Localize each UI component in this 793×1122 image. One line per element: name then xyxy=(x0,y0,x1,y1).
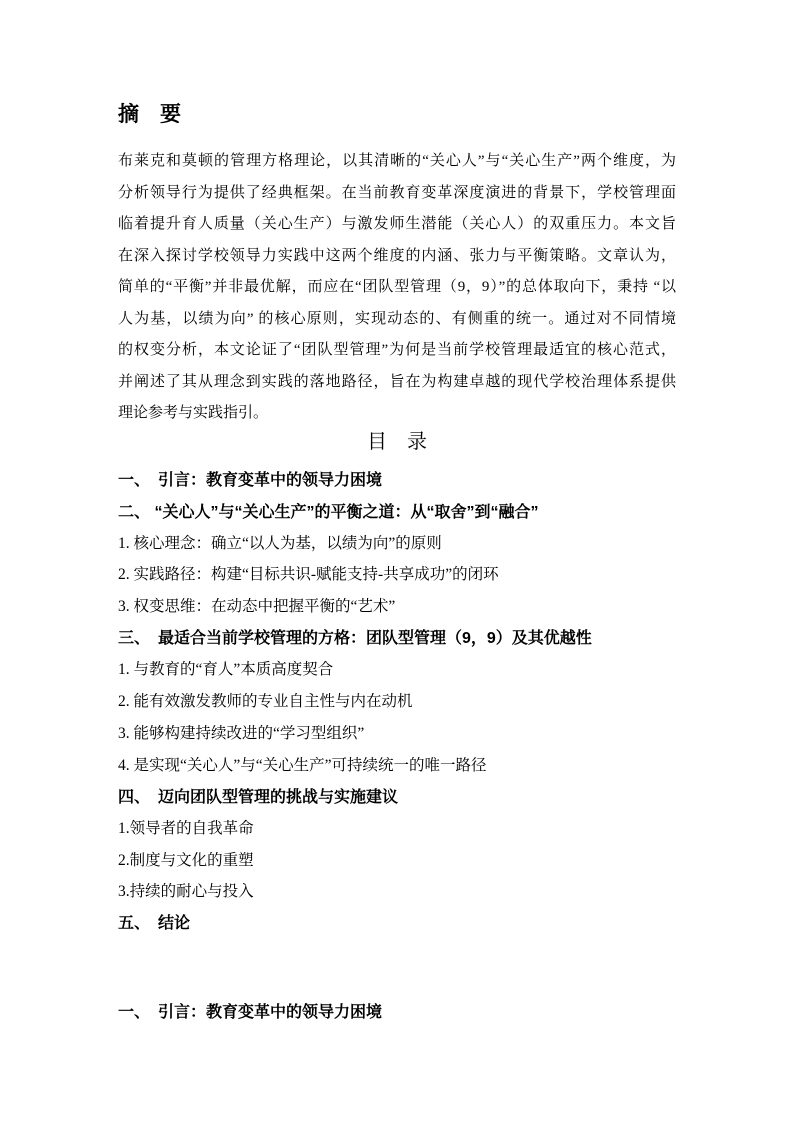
abstract-line: 分析领导行为提供了经典框架。在当前教育变革深度演进的背景下，学校管理面 xyxy=(118,178,676,210)
toc-item: 1. 核心理念：确立“以人为基，以绩为向”的原则 xyxy=(118,526,676,558)
toc-item: 3. 能够构建持续改进的“学习型组织” xyxy=(118,716,676,748)
abstract-line: 布莱克和莫顿的管理方格理论，以其清晰的“关心人”与“关心生产”两个维度，为 xyxy=(118,146,676,178)
toc-item: 二、 “关心人”与“关心生产”的平衡之道：从“取舍”到“融合” xyxy=(118,494,676,526)
abstract-paragraph: 布莱克和莫顿的管理方格理论，以其清晰的“关心人”与“关心生产”两个维度，为 分析… xyxy=(118,146,676,430)
abstract-line: 的权变分析，本文论证了“团队型管理”为何是当前学校管理最适宜的核心范式， xyxy=(118,335,676,367)
abstract-line: 人为基，以绩为向” 的核心原则，实现动态的、有侧重的统一。通过对不同情境 xyxy=(118,304,676,336)
section-heading-introduction: 一、 引言：教育变革中的领导力困境 xyxy=(118,997,676,1029)
document-page: 摘 要 布莱克和莫顿的管理方格理论，以其清晰的“关心人”与“关心生产”两个维度，… xyxy=(0,0,793,1122)
toc-item: 3.持续的耐心与投入 xyxy=(118,874,676,906)
abstract-line: 临着提升育人质量（关心生产）与激发师生潜能（关心人）的双重压力。本文旨 xyxy=(118,209,676,241)
table-of-contents: 一、 引言：教育变革中的领导力困境 二、 “关心人”与“关心生产”的平衡之道：从… xyxy=(118,463,676,938)
abstract-line: 理论参考与实践指引。 xyxy=(118,398,676,430)
toc-item: 1.领导者的自我革命 xyxy=(118,811,676,843)
toc-item: 1. 与教育的“育人”本质高度契合 xyxy=(118,653,676,685)
toc-item: 五、 结论 xyxy=(118,906,676,938)
toc-item: 3. 权变思维：在动态中把握平衡的“艺术” xyxy=(118,589,676,621)
abstract-line: 在深入探讨学校领导力实践中这两个维度的内涵、张力与平衡策略。文章认为， xyxy=(118,241,676,273)
toc-title: 目 录 xyxy=(118,430,676,454)
toc-item: 一、 引言：教育变革中的领导力困境 xyxy=(118,463,676,495)
abstract-title: 摘 要 xyxy=(118,98,676,132)
toc-item: 三、 最适合当前学校管理的方格：团队型管理（9，9）及其优越性 xyxy=(118,621,676,653)
abstract-line: 并阐述了其从理念到实践的落地路径，旨在为构建卓越的现代学校治理体系提供 xyxy=(118,367,676,399)
toc-item: 4. 是实现“关心人”与“关心生产”可持续统一的唯一路径 xyxy=(118,748,676,780)
abstract-line: 简单的“平衡”并非最优解，而应在“团队型管理（9，9）”的总体取向下，秉持 “以 xyxy=(118,272,676,304)
toc-item: 2. 能有效激发教师的专业自主性与内在动机 xyxy=(118,684,676,716)
toc-item: 2.制度与文化的重塑 xyxy=(118,843,676,875)
toc-item: 2. 实践路径：构建“目标共识-赋能支持-共享成功”的闭环 xyxy=(118,558,676,590)
toc-item: 四、 迈向团队型管理的挑战与实施建议 xyxy=(118,779,676,811)
